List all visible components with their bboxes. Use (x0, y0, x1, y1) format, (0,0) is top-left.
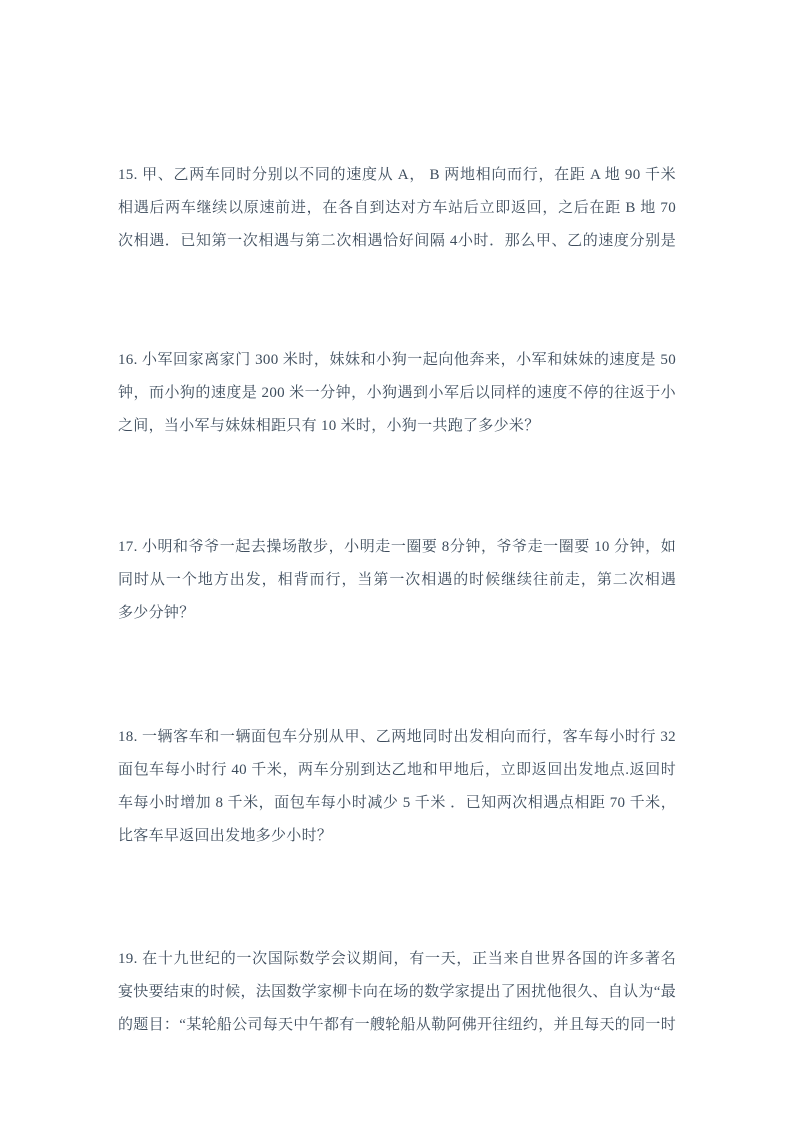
problem-16-line-1: 16. 小军回家离家门 300 米时，妹妹和小狗一起向他奔来，小军和妹妹的速度是… (118, 344, 676, 377)
problem-18-line-4: 比客车早返回出发地多少小时？ (118, 820, 676, 853)
problem-17-line-3: 多少分钟？ (118, 597, 676, 630)
problem-16-line-2: 钟，而小狗的速度是 200 米一分钟，小狗遇到小军后以同样的速度不停的往返于小军… (118, 377, 676, 410)
problem-19-line-3: 的题目：“某轮船公司每天中午都有一艘轮船从勒阿佛开往纽约，并且每天的同一时刻也有 (118, 1009, 676, 1042)
problem-17-line-2: 同时从一个地方出发，相背而行，当第一次相遇的时候继续往前走，第二次相遇时，共用了 (118, 564, 676, 597)
problem-17-line-1: 17. 小明和爷爷一起去操场散步，小明走一圈要 8分钟，爷爷走一圈要 10 分钟… (118, 531, 676, 564)
problem-list: 15. 甲、乙两车同时分别以不同的速度从 A， B 两地相向而行，在距 A 地 … (118, 159, 676, 1042)
problem-15-line-2: 相遇后两车继续以原速前进，在各自到达对方车站后立即返回，之后在距 B 地 70 … (118, 192, 676, 225)
problem-19: 19. 在十九世纪的一次国际数学会议期间，有一天，正当来自世界各国的许多著名数学… (118, 943, 676, 1042)
problem-15-line-1: 15. 甲、乙两车同时分别以不同的速度从 A， B 两地相向而行，在距 A 地 … (118, 159, 676, 192)
problem-18-line-2: 面包车每小时行 40 千米，两车分别到达乙地和甲地后，立即返回出发地点.返回时的… (118, 754, 676, 787)
problem-18: 18. 一辆客车和一辆面包车分别从甲、乙两地同时出发相向而行，客车每小时行 32… (118, 721, 676, 853)
worksheet-page: 15. 甲、乙两车同时分别以不同的速度从 A， B 两地相向而行，在距 A 地 … (0, 0, 794, 1123)
problem-15-line-3: 次相遇．已知第一次相遇与第二次相遇恰好间隔 4小时．那么甲、乙的速度分别是多少？ (118, 225, 676, 258)
problem-18-line-3: 车每小时增加 8 千米，面包车每小时减少 5 千米 ．已知两次相遇点相距 70 … (118, 787, 676, 820)
problem-15: 15. 甲、乙两车同时分别以不同的速度从 A， B 两地相向而行，在距 A 地 … (118, 159, 676, 258)
problem-16: 16. 小军回家离家门 300 米时，妹妹和小狗一起向他奔来，小军和妹妹的速度是… (118, 344, 676, 443)
problem-19-line-1: 19. 在十九世纪的一次国际数学会议期间，有一天，正当来自世界各国的许多著名数学… (118, 943, 676, 976)
problem-18-line-1: 18. 一辆客车和一辆面包车分别从甲、乙两地同时出发相向而行，客车每小时行 32… (118, 721, 676, 754)
problem-19-line-2: 宴快要结束的时候，法国数学家柳卡向在场的数学家提出了困扰他很久、自认为“最困难” (118, 976, 676, 1009)
problem-17: 17. 小明和爷爷一起去操场散步，小明走一圈要 8分钟，爷爷走一圈要 10 分钟… (118, 531, 676, 630)
problem-16-line-3: 之间，当小军与妹妹相距只有 10 米时，小狗一共跑了多少米？ (118, 410, 676, 443)
